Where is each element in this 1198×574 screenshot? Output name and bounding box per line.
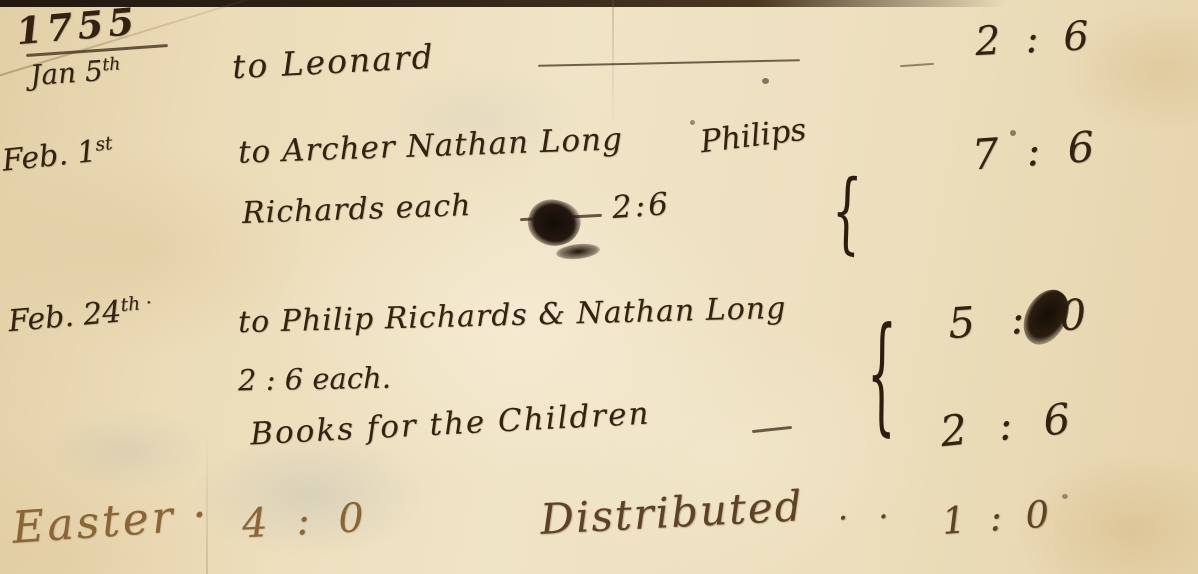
curly-brace-feb24: { [866,300,897,451]
ledger-dash-books [752,426,792,433]
ink-speck-3 [1010,130,1016,136]
entry-amount-feb1: 7 : 6 [970,122,1102,180]
ink-speck-4 [1062,494,1068,499]
entry-description-jan5: to Leonard [231,37,436,87]
ledger-dash-jan5-tail [900,63,934,67]
ink-speck-1 [762,78,769,84]
entry-date-feb24: Feb. 24th · [7,292,154,339]
footer-easter-label: Easter · [10,489,211,554]
entry-description-feb1-line1: to Archer Nathan Long [237,121,623,170]
entry-date-suffix: st [94,133,113,156]
year-label: 1755 [14,0,140,53]
footer-distributed-amount: 1 : 0 [941,492,1057,543]
entry-amount-feb24: 5 : 0 [946,289,1098,348]
ledger-page: 1755 Jan 5th to Leonard 2 : 6 Feb. 1st t… [0,0,1198,574]
entry-date-text: Jan 5 [29,54,104,92]
ink-speck-2 [690,120,695,125]
page-edge-strip [0,0,1008,7]
footer-distributed-label: Distributed [539,481,805,544]
entry-description-feb24-line1: to Philip Richards & Nathan Long [238,291,787,340]
entry-date-jan5: Jan 5th [29,53,122,92]
ledger-dash-jan5 [538,59,800,66]
entry-date-suffix: th [102,54,122,75]
entry-description-feb24-line2: 2 : 6 each. [238,361,391,398]
entry-date-feb1: Feb. 1st [0,132,114,178]
footer-distributed-dots: · · [837,497,899,537]
entry-sub-description-books: Books for the Children [249,396,651,453]
entry-description-feb1-line1-end: Philips [698,112,808,161]
curly-brace-feb1: { [830,158,863,265]
entry-date-text: Feb. 1 [0,134,97,179]
entry-description-feb1-line2: Richards each [241,188,472,231]
entry-sub-amount-books: 2 : 6 [938,393,1082,456]
entry-date-text: Feb. 24 [7,294,123,339]
inline-amount-feb1: 2:6 [611,186,672,226]
entry-amount-jan5: 2 : 6 [974,13,1096,65]
entry-date-suffix: th · [120,293,153,317]
footer-easter-amount: 4 : 0 [241,495,373,548]
